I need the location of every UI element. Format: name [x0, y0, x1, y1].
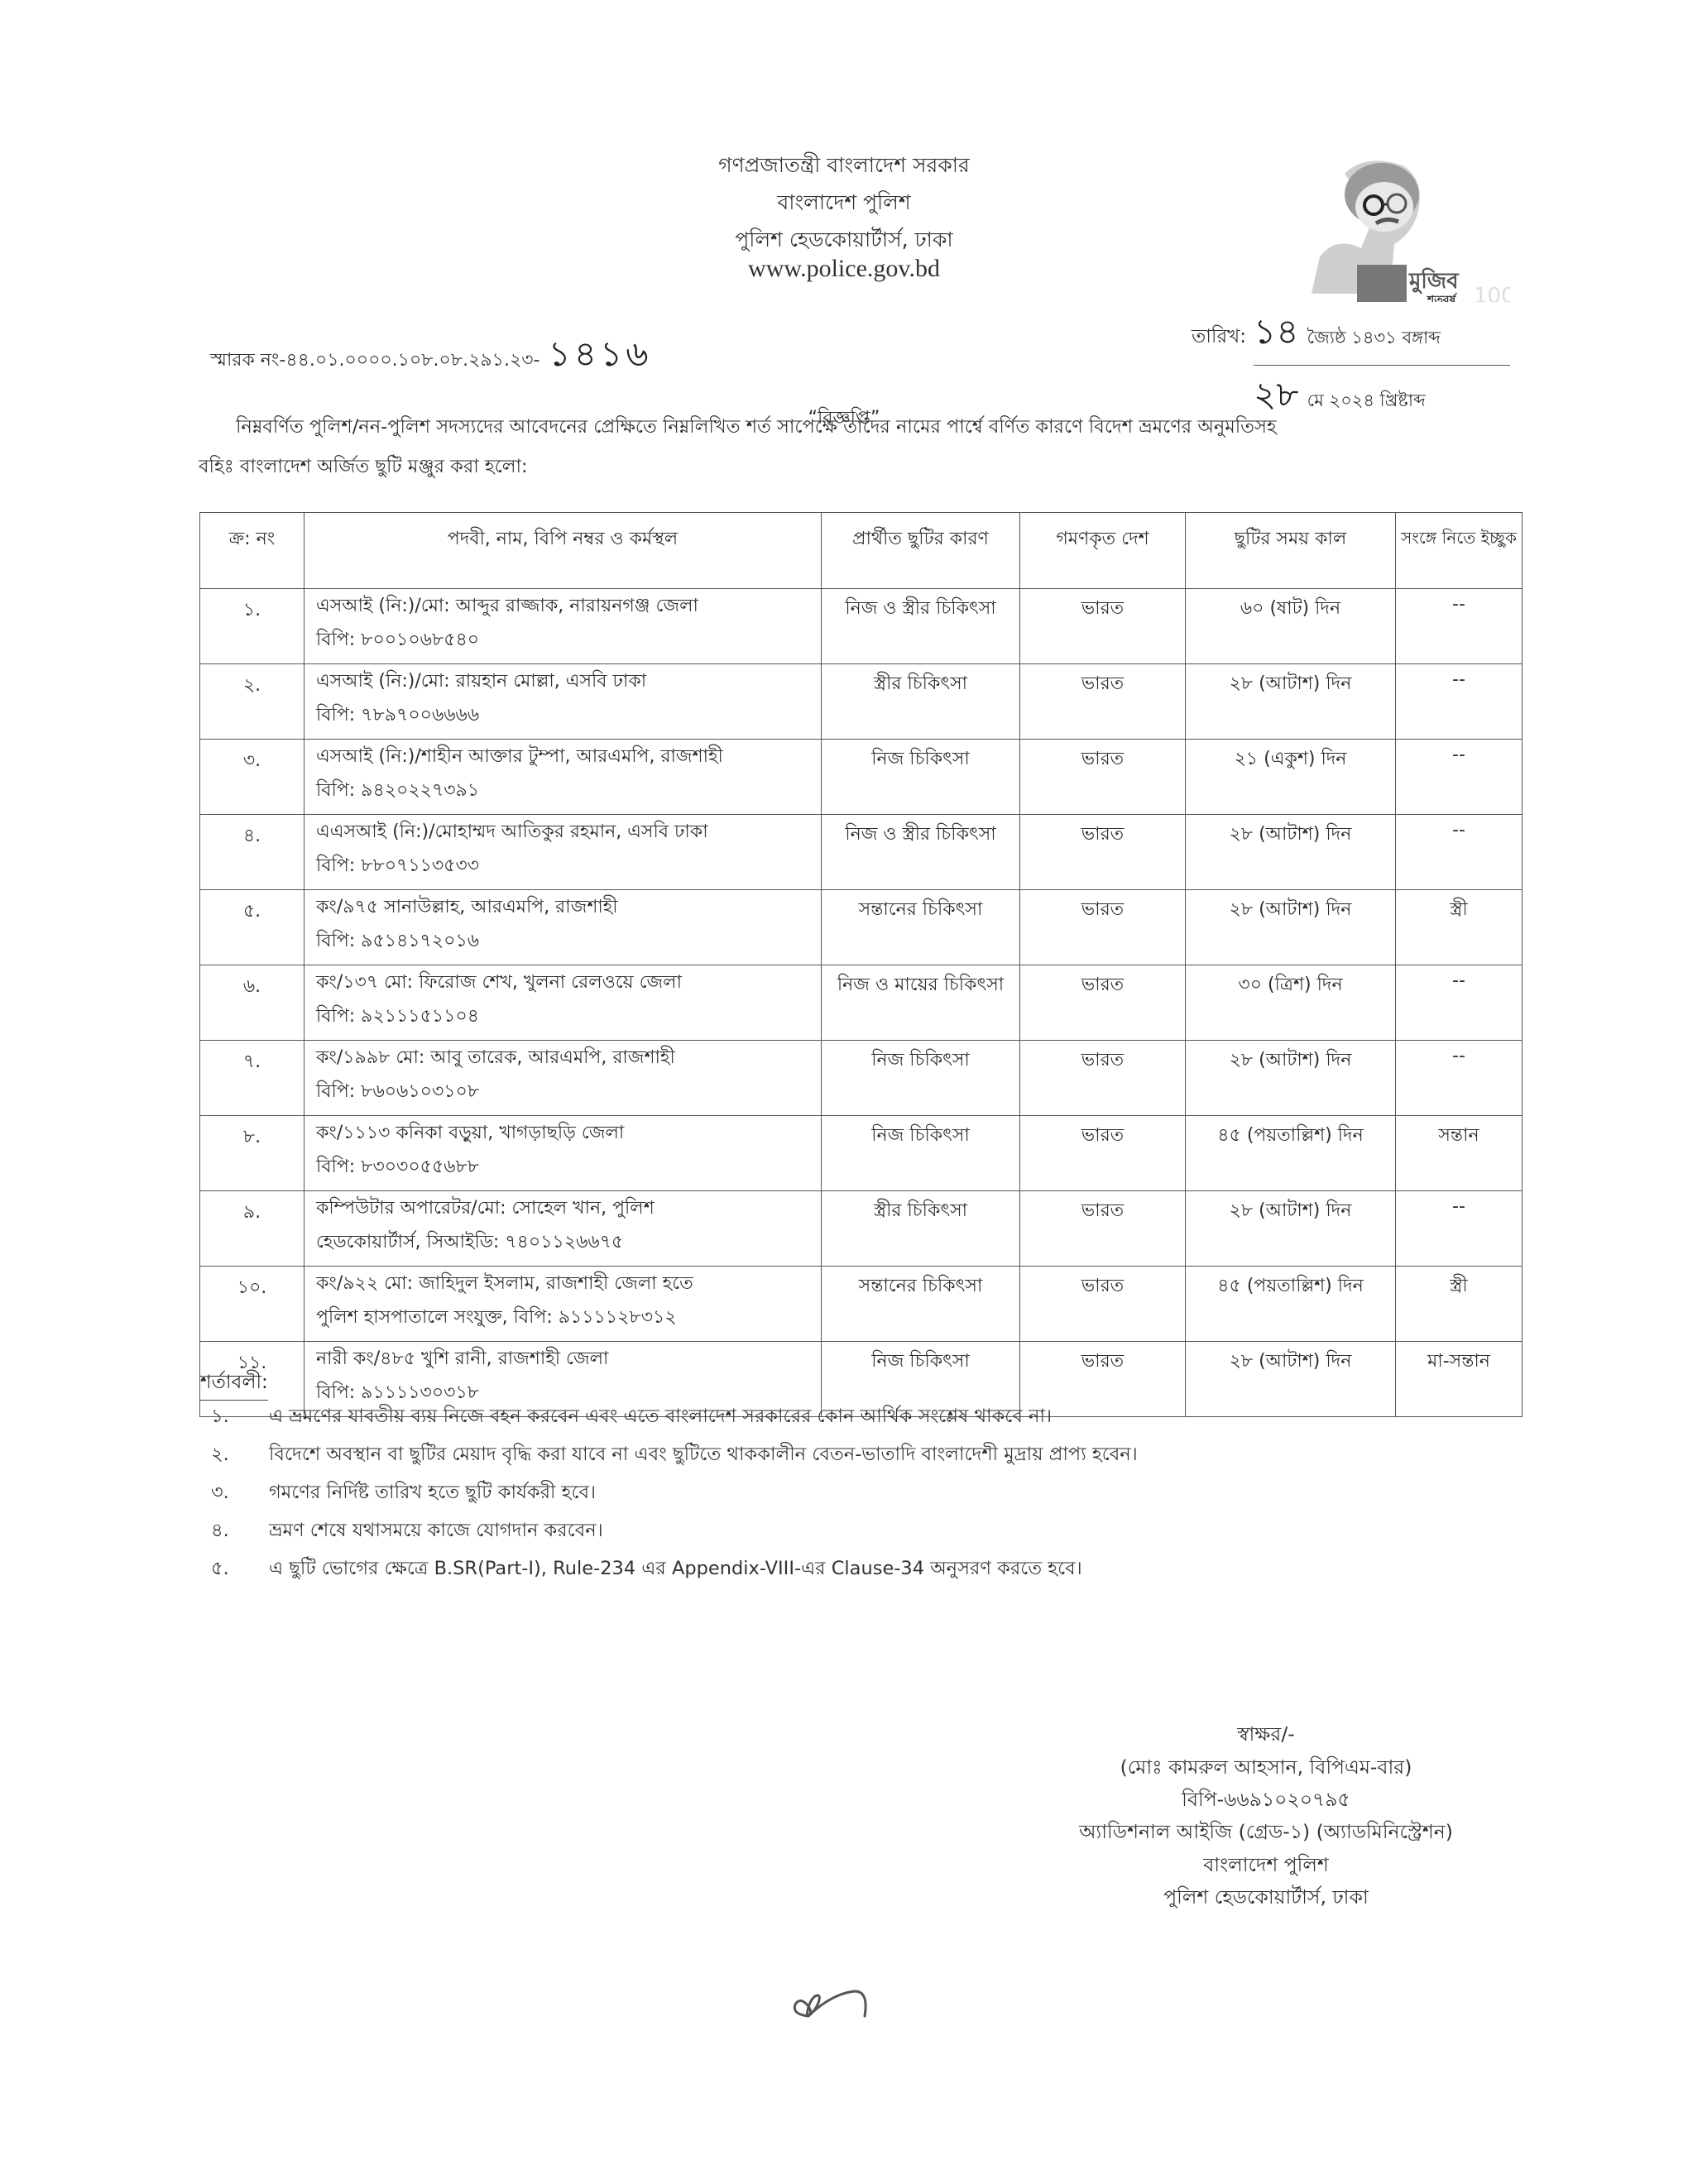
- row-officer-line2: বিপি: ৮৬০৬১০৩১০৮: [316, 1075, 821, 1109]
- condition-number: ১.: [211, 1401, 269, 1433]
- header-companion: সংঙ্গে নিতে ইচ্ছুক: [1396, 513, 1523, 589]
- row-reason: সন্তানের চিকিৎসা: [822, 1267, 1020, 1342]
- row-duration: ২৮ (আটাশ) দিন: [1186, 890, 1396, 965]
- condition-text: বিদেশে অবস্থান বা ছুটির মেয়াদ বৃদ্ধি কর…: [269, 1439, 1138, 1471]
- signature-designation: অ্যাডিশনাল আইজি (গ্রেড-১) (অ্যাডমিনিস্ট্…: [1034, 1817, 1498, 1849]
- condition-text: এ ভ্রমণের যাবতীয় ব্যয় নিজে বহন করবেন এ…: [269, 1401, 1052, 1433]
- condition-item: ২.বিদেশে অবস্থান বা ছুটির মেয়াদ বৃদ্ধি …: [211, 1439, 1138, 1471]
- letterhead-headquarters: পুলিশ হেডকোয়ার্টার্স, ঢাকা: [579, 223, 1109, 259]
- header-name: পদবী, নাম, বিপি নম্বর ও কর্মস্থল: [305, 513, 822, 589]
- row-country: ভারত: [1020, 664, 1186, 740]
- row-country: ভারত: [1020, 890, 1186, 965]
- bangla-day: ১৪: [1254, 304, 1299, 363]
- mujib-borsho-logo-icon: মুজিব শতবর্ষ 100: [1287, 157, 1510, 302]
- row-officer-line2: বিপি: ৭৮৯৭০০৬৬৬৬: [316, 698, 821, 732]
- row-country: ভারত: [1020, 815, 1186, 890]
- row-reason: নিজ চিকিৎসা: [822, 1116, 1020, 1191]
- row-officer-line1: এসআই (নি:)/মো: আব্দুর রাজ্জাক, নারায়নগঞ…: [316, 589, 821, 623]
- table-row: ৫.কং/৯৭৫ সানাউল্লাহ, আরএমপি, রাজশাহীবিপি…: [200, 890, 1523, 965]
- row-serial: ৪.: [200, 815, 305, 890]
- row-companion: --: [1396, 965, 1523, 1041]
- row-officer-line1: এসআই (নি:)/শাহীন আক্তার টুম্পা, আরএমপি, …: [316, 740, 821, 773]
- condition-number: ৫.: [211, 1554, 269, 1585]
- condition-number: ৪.: [211, 1516, 269, 1547]
- row-companion: --: [1396, 1191, 1523, 1267]
- signature-name: (মোঃ কামরুল আহসান, বিপিএম-বার): [1034, 1752, 1498, 1784]
- row-officer: কং/৯৭৫ সানাউল্লাহ, আরএমপি, রাজশাহীবিপি: …: [305, 890, 822, 965]
- letterhead-police: বাংলাদেশ পুলিশ: [579, 186, 1109, 222]
- condition-number: ২.: [211, 1439, 269, 1471]
- table-row: ৬.কং/১৩৭ মো: ফিরোজ শেখ, খুলনা রেলওয়ে জে…: [200, 965, 1523, 1041]
- condition-number: ৩.: [211, 1478, 269, 1509]
- row-duration: ২৮ (আটাশ) দিন: [1186, 664, 1396, 740]
- row-duration: ৬০ (ষাট) দিন: [1186, 589, 1396, 664]
- row-country: ভারত: [1020, 740, 1186, 815]
- row-serial: ৯.: [200, 1191, 305, 1267]
- svg-text:মুজিব: মুজিব: [1408, 267, 1460, 295]
- row-reason: নিজ ও স্ত্রীর চিকিৎসা: [822, 815, 1020, 890]
- row-officer-line1: কং/৯২২ মো: জাহিদুল ইসলাম, রাজশাহী জেলা হ…: [316, 1267, 821, 1300]
- table-row: ৯.কম্পিউটার অপারেটর/মো: সোহেল খান, পুলিশ…: [200, 1191, 1523, 1267]
- row-companion: সন্তান: [1396, 1116, 1523, 1191]
- signature-signed: স্বাক্ষর/-: [1034, 1719, 1498, 1751]
- row-duration: ৪৫ (পয়তাল্লিশ) দিন: [1186, 1116, 1396, 1191]
- row-officer: এসআই (নি:)/মো: রায়হান মোল্লা, এসবি ঢাকা…: [305, 664, 822, 740]
- leave-table: ক্র: নং পদবী, নাম, বিপি নম্বর ও কর্মস্থল…: [199, 512, 1523, 1417]
- row-officer: কং/১৯৯৮ মো: আবু তারেক, আরএমপি, রাজশাহীবি…: [305, 1041, 822, 1116]
- table-row: ৭.কং/১৯৯৮ মো: আবু তারেক, আরএমপি, রাজশাহী…: [200, 1041, 1523, 1116]
- svg-text:100: 100: [1474, 284, 1510, 302]
- row-reason: নিজ ও স্ত্রীর চিকিৎসা: [822, 589, 1020, 664]
- row-companion: --: [1396, 1041, 1523, 1116]
- row-officer-line1: কং/১৩৭ মো: ফিরোজ শেখ, খুলনা রেলওয়ে জেলা: [316, 965, 821, 999]
- intro-line-1: নিম্নবর্ণিত পুলিশ/নন-পুলিশ সদস্যদের আবেদ…: [199, 412, 1560, 443]
- bangla-month-year: জ্যৈষ্ঠ ১৪৩১ বঙ্গাব্দ: [1307, 324, 1441, 353]
- condition-text: এ ছুটি ভোগের ক্ষেত্রে B.SR(Part-I), Rule…: [269, 1554, 1082, 1585]
- row-duration: ২১ (একুশ) দিন: [1186, 740, 1396, 815]
- row-officer: এএসআই (নি:)/মোহাম্মদ আতিকুর রহমান, এসবি …: [305, 815, 822, 890]
- row-duration: ২৮ (আটাশ) দিন: [1186, 1342, 1396, 1417]
- row-companion: মা-সন্তান: [1396, 1342, 1523, 1417]
- table-row: ৩.এসআই (নি:)/শাহীন আক্তার টুম্পা, আরএমপি…: [200, 740, 1523, 815]
- row-duration: ২৮ (আটাশ) দিন: [1186, 1191, 1396, 1267]
- condition-item: ৫.এ ছুটি ভোগের ক্ষেত্রে B.SR(Part-I), Ru…: [211, 1554, 1082, 1585]
- row-duration: ৩০ (ত্রিশ) দিন: [1186, 965, 1396, 1041]
- condition-item: ৪.ভ্রমণ শেষে যথাসময়ে কাজে যোগদান করবেন।: [211, 1516, 603, 1547]
- row-companion: --: [1396, 740, 1523, 815]
- row-officer: এসআই (নি:)/মো: আব্দুর রাজ্জাক, নারায়নগঞ…: [305, 589, 822, 664]
- header-duration: ছুটির সময় কাল: [1186, 513, 1396, 589]
- date-divider: [1254, 365, 1510, 366]
- row-country: ভারত: [1020, 589, 1186, 664]
- row-reason: সন্তানের চিকিৎসা: [822, 890, 1020, 965]
- row-officer: এসআই (নি:)/শাহীন আক্তার টুম্পা, আরএমপি, …: [305, 740, 822, 815]
- letterhead-government: গণপ্রজাতন্ত্রী বাংলাদেশ সরকার: [579, 149, 1109, 184]
- row-officer-line2: বিপি: ৯৪২০২২৭৩৯১: [316, 773, 821, 807]
- date-label: তারিখ:: [1192, 321, 1246, 353]
- row-serial: ৬.: [200, 965, 305, 1041]
- row-reason: স্ত্রীর চিকিৎসা: [822, 1191, 1020, 1267]
- row-officer: কম্পিউটার অপারেটর/মো: সোহেল খান, পুলিশহে…: [305, 1191, 822, 1267]
- row-officer-line2: হেডকোয়ার্টার্স, সিআইডি: ৭৪০১১২৬৬৭৫: [316, 1225, 821, 1259]
- row-country: ভারত: [1020, 1191, 1186, 1267]
- row-serial: ২.: [200, 664, 305, 740]
- row-officer-line2: বিপি: ৮০০১০৬৮৫৪০: [316, 623, 821, 657]
- row-officer-line2: বিপি: ৮৮০৭১১৩৫৩৩: [316, 849, 821, 883]
- row-serial: ৫.: [200, 890, 305, 965]
- row-country: ভারত: [1020, 1041, 1186, 1116]
- signature-bp: বিপি-৬৬৯১০২০৭৯৫: [1034, 1784, 1498, 1817]
- signature-office: পুলিশ হেডকোয়ার্টার্স, ঢাকা: [1034, 1882, 1498, 1914]
- signature-org: বাংলাদেশ পুলিশ: [1034, 1850, 1498, 1882]
- table-row: ৮.কং/১১১৩ কনিকা বড়ুয়া, খাগড়াছড়ি জেলা…: [200, 1116, 1523, 1191]
- row-officer: কং/৯২২ মো: জাহিদুল ইসলাম, রাজশাহী জেলা হ…: [305, 1267, 822, 1342]
- intro-line-2: বহিঃ বাংলাদেশ অর্জিত ছুটি মঞ্জুর করা হলো…: [199, 452, 1523, 483]
- row-officer-line1: কং/৯৭৫ সানাউল্লাহ, আরএমপি, রাজশাহী: [316, 890, 821, 924]
- row-officer-line2: পুলিশ হাসপাতালে সংযুক্ত, বিপি: ৯১১১১২৮৩১…: [316, 1300, 821, 1334]
- handwritten-initial-icon: [790, 1981, 881, 2026]
- row-officer-line2: বিপি: ৯৫১৪১৭২০১৬: [316, 924, 821, 958]
- row-officer-line1: কং/১৯৯৮ মো: আবু তারেক, আরএমপি, রাজশাহী: [316, 1041, 821, 1075]
- row-officer: কং/১৩৭ মো: ফিরোজ শেখ, খুলনা রেলওয়ে জেলা…: [305, 965, 822, 1041]
- row-companion: --: [1396, 664, 1523, 740]
- table-row: ১.এসআই (নি:)/মো: আব্দুর রাজ্জাক, নারায়ন…: [200, 589, 1523, 664]
- memo-number: স্মারক নং-৪৪.০১.০০০০.১০৮.০৮.২৯১.২৩-১৪১৬: [210, 327, 652, 386]
- header-sl: ক্র: নং: [200, 513, 305, 589]
- condition-item: ১.এ ভ্রমণের যাবতীয় ব্যয় নিজে বহন করবেন…: [211, 1401, 1052, 1433]
- row-serial: ৩.: [200, 740, 305, 815]
- row-companion: --: [1396, 815, 1523, 890]
- table-row: ৪.এএসআই (নি:)/মোহাম্মদ আতিকুর রহমান, এসব…: [200, 815, 1523, 890]
- row-officer-line1: কম্পিউটার অপারেটর/মো: সোহেল খান, পুলিশ: [316, 1191, 821, 1225]
- memo-prefix: স্মারক নং-৪৪.০১.০০০০.১০৮.০৮.২৯১.২৩-: [210, 350, 540, 371]
- row-officer-line1: নারী কং/৪৮৫ খুশি রানী, রাজশাহী জেলা: [316, 1342, 821, 1376]
- condition-text: ভ্রমণ শেষে যথাসময়ে কাজে যোগদান করবেন।: [269, 1516, 603, 1547]
- row-reason: নিজ চিকিৎসা: [822, 740, 1020, 815]
- row-duration: ২৮ (আটাশ) দিন: [1186, 1041, 1396, 1116]
- letterhead-website: www.police.gov.bd: [579, 255, 1109, 283]
- row-companion: --: [1396, 589, 1523, 664]
- row-reason: নিজ ও মায়ের চিকিৎসা: [822, 965, 1020, 1041]
- table-header-row: ক্র: নং পদবী, নাম, বিপি নম্বর ও কর্মস্থল…: [200, 513, 1523, 589]
- condition-text: গমণের নির্দিষ্ট তারিখ হতে ছুটি কার্যকরী …: [269, 1478, 596, 1509]
- row-officer: কং/১১১৩ কনিকা বড়ুয়া, খাগড়াছড়ি জেলাবি…: [305, 1116, 822, 1191]
- header-country: গমণকৃত দেশ: [1020, 513, 1186, 589]
- date-block: ১৪ জ্যৈষ্ঠ ১৪৩১ বঙ্গাব্দ ২৮ মে ২০২৪ খ্রি…: [1254, 304, 1510, 426]
- svg-text:শতবর্ষ: শতবর্ষ: [1427, 292, 1457, 302]
- row-officer-line1: কং/১১১৩ কনিকা বড়ুয়া, খাগড়াছড়ি জেলা: [316, 1116, 821, 1150]
- row-serial: ১০.: [200, 1267, 305, 1342]
- header-reason: প্রার্থীত ছুটির কারণ: [822, 513, 1020, 589]
- row-companion: স্ত্রী: [1396, 1267, 1523, 1342]
- row-reason: নিজ চিকিৎসা: [822, 1041, 1020, 1116]
- row-officer-line2: বিপি: ৯২১১১৫১১০৪: [316, 999, 821, 1033]
- table-row: ২.এসআই (নি:)/মো: রায়হান মোল্লা, এসবি ঢা…: [200, 664, 1523, 740]
- row-officer-line1: এসআই (নি:)/মো: রায়হান মোল্লা, এসবি ঢাকা: [316, 664, 821, 698]
- row-duration: ৪৫ (পয়তাল্লিশ) দিন: [1186, 1267, 1396, 1342]
- memo-handwritten-number: ১৪১৬: [549, 333, 652, 374]
- row-serial: ১.: [200, 589, 305, 664]
- row-serial: ৭.: [200, 1041, 305, 1116]
- row-country: ভারত: [1020, 1267, 1186, 1342]
- table-row: ১০.কং/৯২২ মো: জাহিদুল ইসলাম, রাজশাহী জেল…: [200, 1267, 1523, 1342]
- row-duration: ২৮ (আটাশ) দিন: [1186, 815, 1396, 890]
- row-country: ভারত: [1020, 965, 1186, 1041]
- row-country: ভারত: [1020, 1116, 1186, 1191]
- row-companion: স্ত্রী: [1396, 890, 1523, 965]
- conditions-title: শর্তাবলী:: [200, 1367, 268, 1401]
- row-reason: স্ত্রীর চিকিৎসা: [822, 664, 1020, 740]
- row-serial: ৮.: [200, 1116, 305, 1191]
- condition-item: ৩.গমণের নির্দিষ্ট তারিখ হতে ছুটি কার্যকর…: [211, 1478, 596, 1509]
- row-officer-line1: এএসআই (নি:)/মোহাম্মদ আতিকুর রহমান, এসবি …: [316, 815, 821, 849]
- row-officer-line2: বিপি: ৮৩০৩০৫৫৬৮৮: [316, 1150, 821, 1184]
